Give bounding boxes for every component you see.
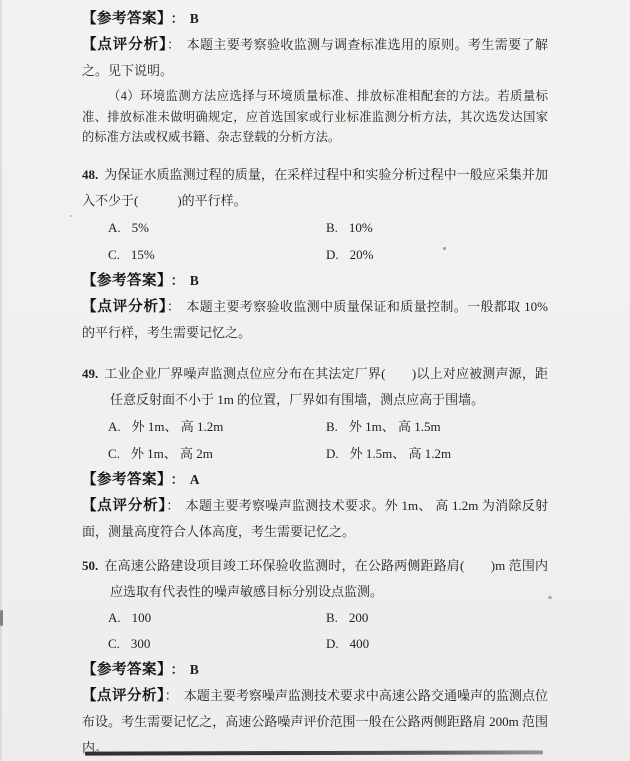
option-label: D. <box>326 247 339 262</box>
reference-answer-value: B <box>190 273 200 288</box>
question-body: 工业企业厂界噪声监测点位应分布在其法定厂界( )以上对应被测声源，距任意反射面不… <box>104 366 548 407</box>
option-text: 15% <box>131 247 155 262</box>
option-d: D.外 1.5m、 高 1.2m <box>326 440 548 467</box>
option-label: D. <box>326 636 339 651</box>
option-label: C. <box>108 446 120 461</box>
reference-answer-value: A <box>190 472 201 487</box>
question-text: 48.为保证水质监测过程的质量，在采样过程中和实验分析过程中一般应采集并加入不少… <box>82 162 548 214</box>
question-49-block: 49.工业企业厂界噪声监测点位应分布在其法定厂界( )以上对应被测声源，距任意反… <box>82 361 548 545</box>
colon-separator: ： <box>167 37 180 52</box>
reference-answer-line: 【参考答案】：B <box>82 6 548 32</box>
question-number: 48. <box>82 167 98 182</box>
option-label: B. <box>326 419 338 434</box>
analysis-label: 【点评分析】 <box>82 299 167 315</box>
question-50-block: 50.在高速公路建设项目竣工环保验收监测时，在公路两侧距路肩( )m 范围内应选… <box>82 553 548 761</box>
reference-answer-label: 【参考答案】 <box>82 472 165 488</box>
reference-answer-line: 【参考答案】：B <box>82 268 548 294</box>
question-number: 50. <box>82 558 98 573</box>
analysis-line: 【点评分析】：本题主要考察验收监测与调查标准选用的原则。考生需要了解之。见下说明… <box>82 32 548 84</box>
colon-separator: ： <box>171 472 184 487</box>
option-b: B.10% <box>326 214 548 241</box>
analysis-line: 【点评分析】：本题主要考察验收监测中质量保证和质量控制。一般都取 10%的平行样… <box>82 294 548 346</box>
option-text: 20% <box>350 247 374 262</box>
option-c: C.15% <box>108 241 326 268</box>
options-grid: A.外 1m、 高 1.2m B.外 1m、 高 1.5m C.外 1m、 高 … <box>82 413 548 467</box>
option-label: B. <box>326 220 338 235</box>
option-text: 外 1.5m、 高 1.2m <box>350 446 451 461</box>
option-d: D.400 <box>326 631 548 657</box>
colon-separator: ： <box>171 662 184 677</box>
question-48-block: 48.为保证水质监测过程的质量，在采样过程中和实验分析过程中一般应采集并加入不少… <box>82 162 548 346</box>
colon-separator: ： <box>167 299 180 314</box>
colon-separator: ： <box>165 688 178 703</box>
analysis-line: 【点评分析】：本题主要考察噪声监测技术要求。外 1m、 高 1.2m 为消除反射… <box>82 493 548 545</box>
option-text: 100 <box>132 610 152 625</box>
reference-answer-line: 【参考答案】：A <box>82 467 548 493</box>
question-text: 50.在高速公路建设项目竣工环保验收监测时，在公路两侧距路肩( )m 范围内应选… <box>82 553 548 605</box>
analysis-label: 【点评分析】 <box>82 498 166 514</box>
analysis-label: 【点评分析】 <box>82 688 165 704</box>
option-label: D. <box>326 446 339 461</box>
reference-answer-label: 【参考答案】 <box>82 273 165 289</box>
scanned-exam-page: 【参考答案】：B 【点评分析】：本题主要考察验收监测与调查标准选用的原则。考生需… <box>0 0 630 761</box>
option-c: C.外 1m、 高 2m <box>108 440 326 467</box>
option-label: A. <box>108 610 121 625</box>
option-a: A.外 1m、 高 1.2m <box>108 413 326 440</box>
option-b: B.200 <box>326 605 548 631</box>
colon-separator: ： <box>171 11 184 26</box>
page-content: 【参考答案】：B 【点评分析】：本题主要考察验收监测与调查标准选用的原则。考生需… <box>82 6 548 761</box>
scan-speck <box>443 247 446 250</box>
reference-answer-value: B <box>190 662 200 677</box>
option-label: A. <box>108 220 121 235</box>
reference-answer-label: 【参考答案】 <box>82 662 165 678</box>
option-a: A.100 <box>108 605 326 631</box>
option-label: B. <box>326 610 338 625</box>
option-text: 10% <box>349 220 373 235</box>
analysis-label: 【点评分析】 <box>82 37 167 53</box>
option-text: 400 <box>350 636 370 651</box>
option-label: C. <box>108 636 120 651</box>
options-grid: A.5% B.10% C.15% D.20% <box>82 214 548 268</box>
option-text: 5% <box>132 220 149 235</box>
scan-left-edge <box>0 0 2 761</box>
options-grid: A.100 B.200 C.300 D.400 <box>82 605 548 657</box>
scan-speck <box>70 215 72 217</box>
analysis-line: 【点评分析】：本题主要考察噪声监测技术要求中高速公路交通噪声的监测点位布设。考生… <box>82 683 548 761</box>
option-d: D.20% <box>326 241 548 268</box>
option-text: 外 1m、 高 2m <box>131 446 213 461</box>
option-c: C.300 <box>108 631 326 657</box>
question-body: 为保证水质监测过程的质量，在采样过程中和实验分析过程中一般应采集并加入不少于( … <box>82 167 548 208</box>
option-b: B.外 1m、 高 1.5m <box>326 413 548 440</box>
option-label: A. <box>108 419 121 434</box>
option-text: 外 1m、 高 1.2m <box>132 419 224 434</box>
scan-speck <box>0 610 3 626</box>
note-paragraph: （4）环境监测方法应选择与环境质量标准、排放标准相配套的方法。若质量标准、排放标… <box>82 86 548 148</box>
colon-separator: ： <box>166 498 179 513</box>
reference-answer-line: 【参考答案】：B <box>82 657 548 683</box>
reference-answer-value: B <box>190 11 200 26</box>
option-a: A.5% <box>108 214 326 241</box>
prev-question-answer-block: 【参考答案】：B 【点评分析】：本题主要考察验收监测与调查标准选用的原则。考生需… <box>82 6 548 148</box>
question-number: 49. <box>82 366 98 381</box>
option-text: 200 <box>349 610 369 625</box>
question-text: 49.工业企业厂界噪声监测点位应分布在其法定厂界( )以上对应被测声源，距任意反… <box>82 361 548 413</box>
question-body: 在高速公路建设项目竣工环保验收监测时，在公路两侧距路肩( )m 范围内应选取有代… <box>104 558 548 599</box>
option-label: C. <box>108 247 120 262</box>
reference-answer-label: 【参考答案】 <box>82 11 165 27</box>
colon-separator: ： <box>171 273 184 288</box>
option-text: 300 <box>131 636 151 651</box>
option-text: 外 1m、 高 1.5m <box>349 419 441 434</box>
scan-speck <box>548 596 552 599</box>
